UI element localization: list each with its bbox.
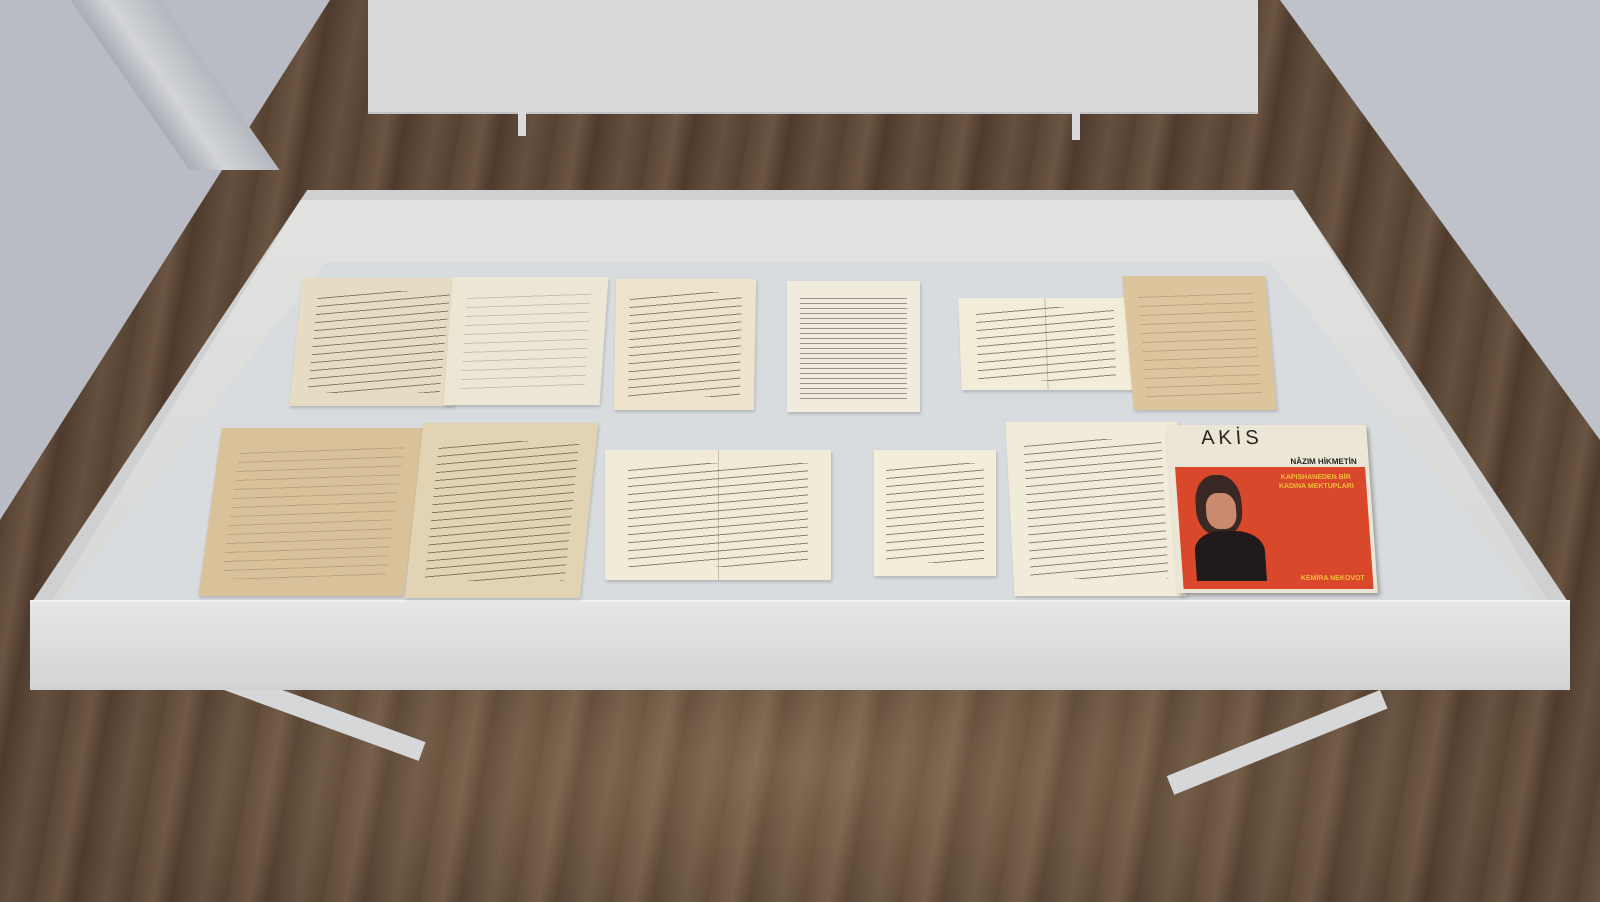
handwritten-letter — [874, 450, 996, 576]
pencil-sketch — [1122, 276, 1277, 410]
typed-document — [787, 281, 920, 412]
faded-aged-letter — [198, 428, 427, 596]
akis-magazine: AKİS NÂZIM HİKMETİN KAPISHANEDEN BİR KAD… — [1166, 425, 1378, 593]
back-display-cabinet — [368, 0, 1258, 114]
handwritten-letter — [614, 279, 756, 410]
magazine-author: NÂZIM HİKMETİN — [1290, 457, 1357, 466]
magazine-footer: KEMİRA NEKOVOT — [1301, 574, 1366, 583]
faded-letter — [444, 277, 609, 405]
portrait-face — [1205, 493, 1238, 529]
magazine-title: AKİS — [1200, 427, 1263, 450]
letter-with-seal — [289, 278, 467, 406]
handwritten-letter — [405, 423, 598, 598]
signed-letter — [1005, 422, 1186, 596]
magazine-headline: KAPISHANEDEN BİR KADINA MEKTUPLARI — [1275, 473, 1356, 491]
cabinet-leg — [1072, 110, 1080, 140]
cabinet-leg — [518, 110, 526, 136]
two-page-letter — [605, 450, 831, 580]
two-page-letter — [958, 298, 1133, 390]
magazine-cover-art: KAPISHANEDEN BİR KADINA MEKTUPLARI KEMİR… — [1175, 467, 1374, 589]
display-case-front-panel — [30, 600, 1570, 687]
portrait-body — [1194, 531, 1267, 581]
